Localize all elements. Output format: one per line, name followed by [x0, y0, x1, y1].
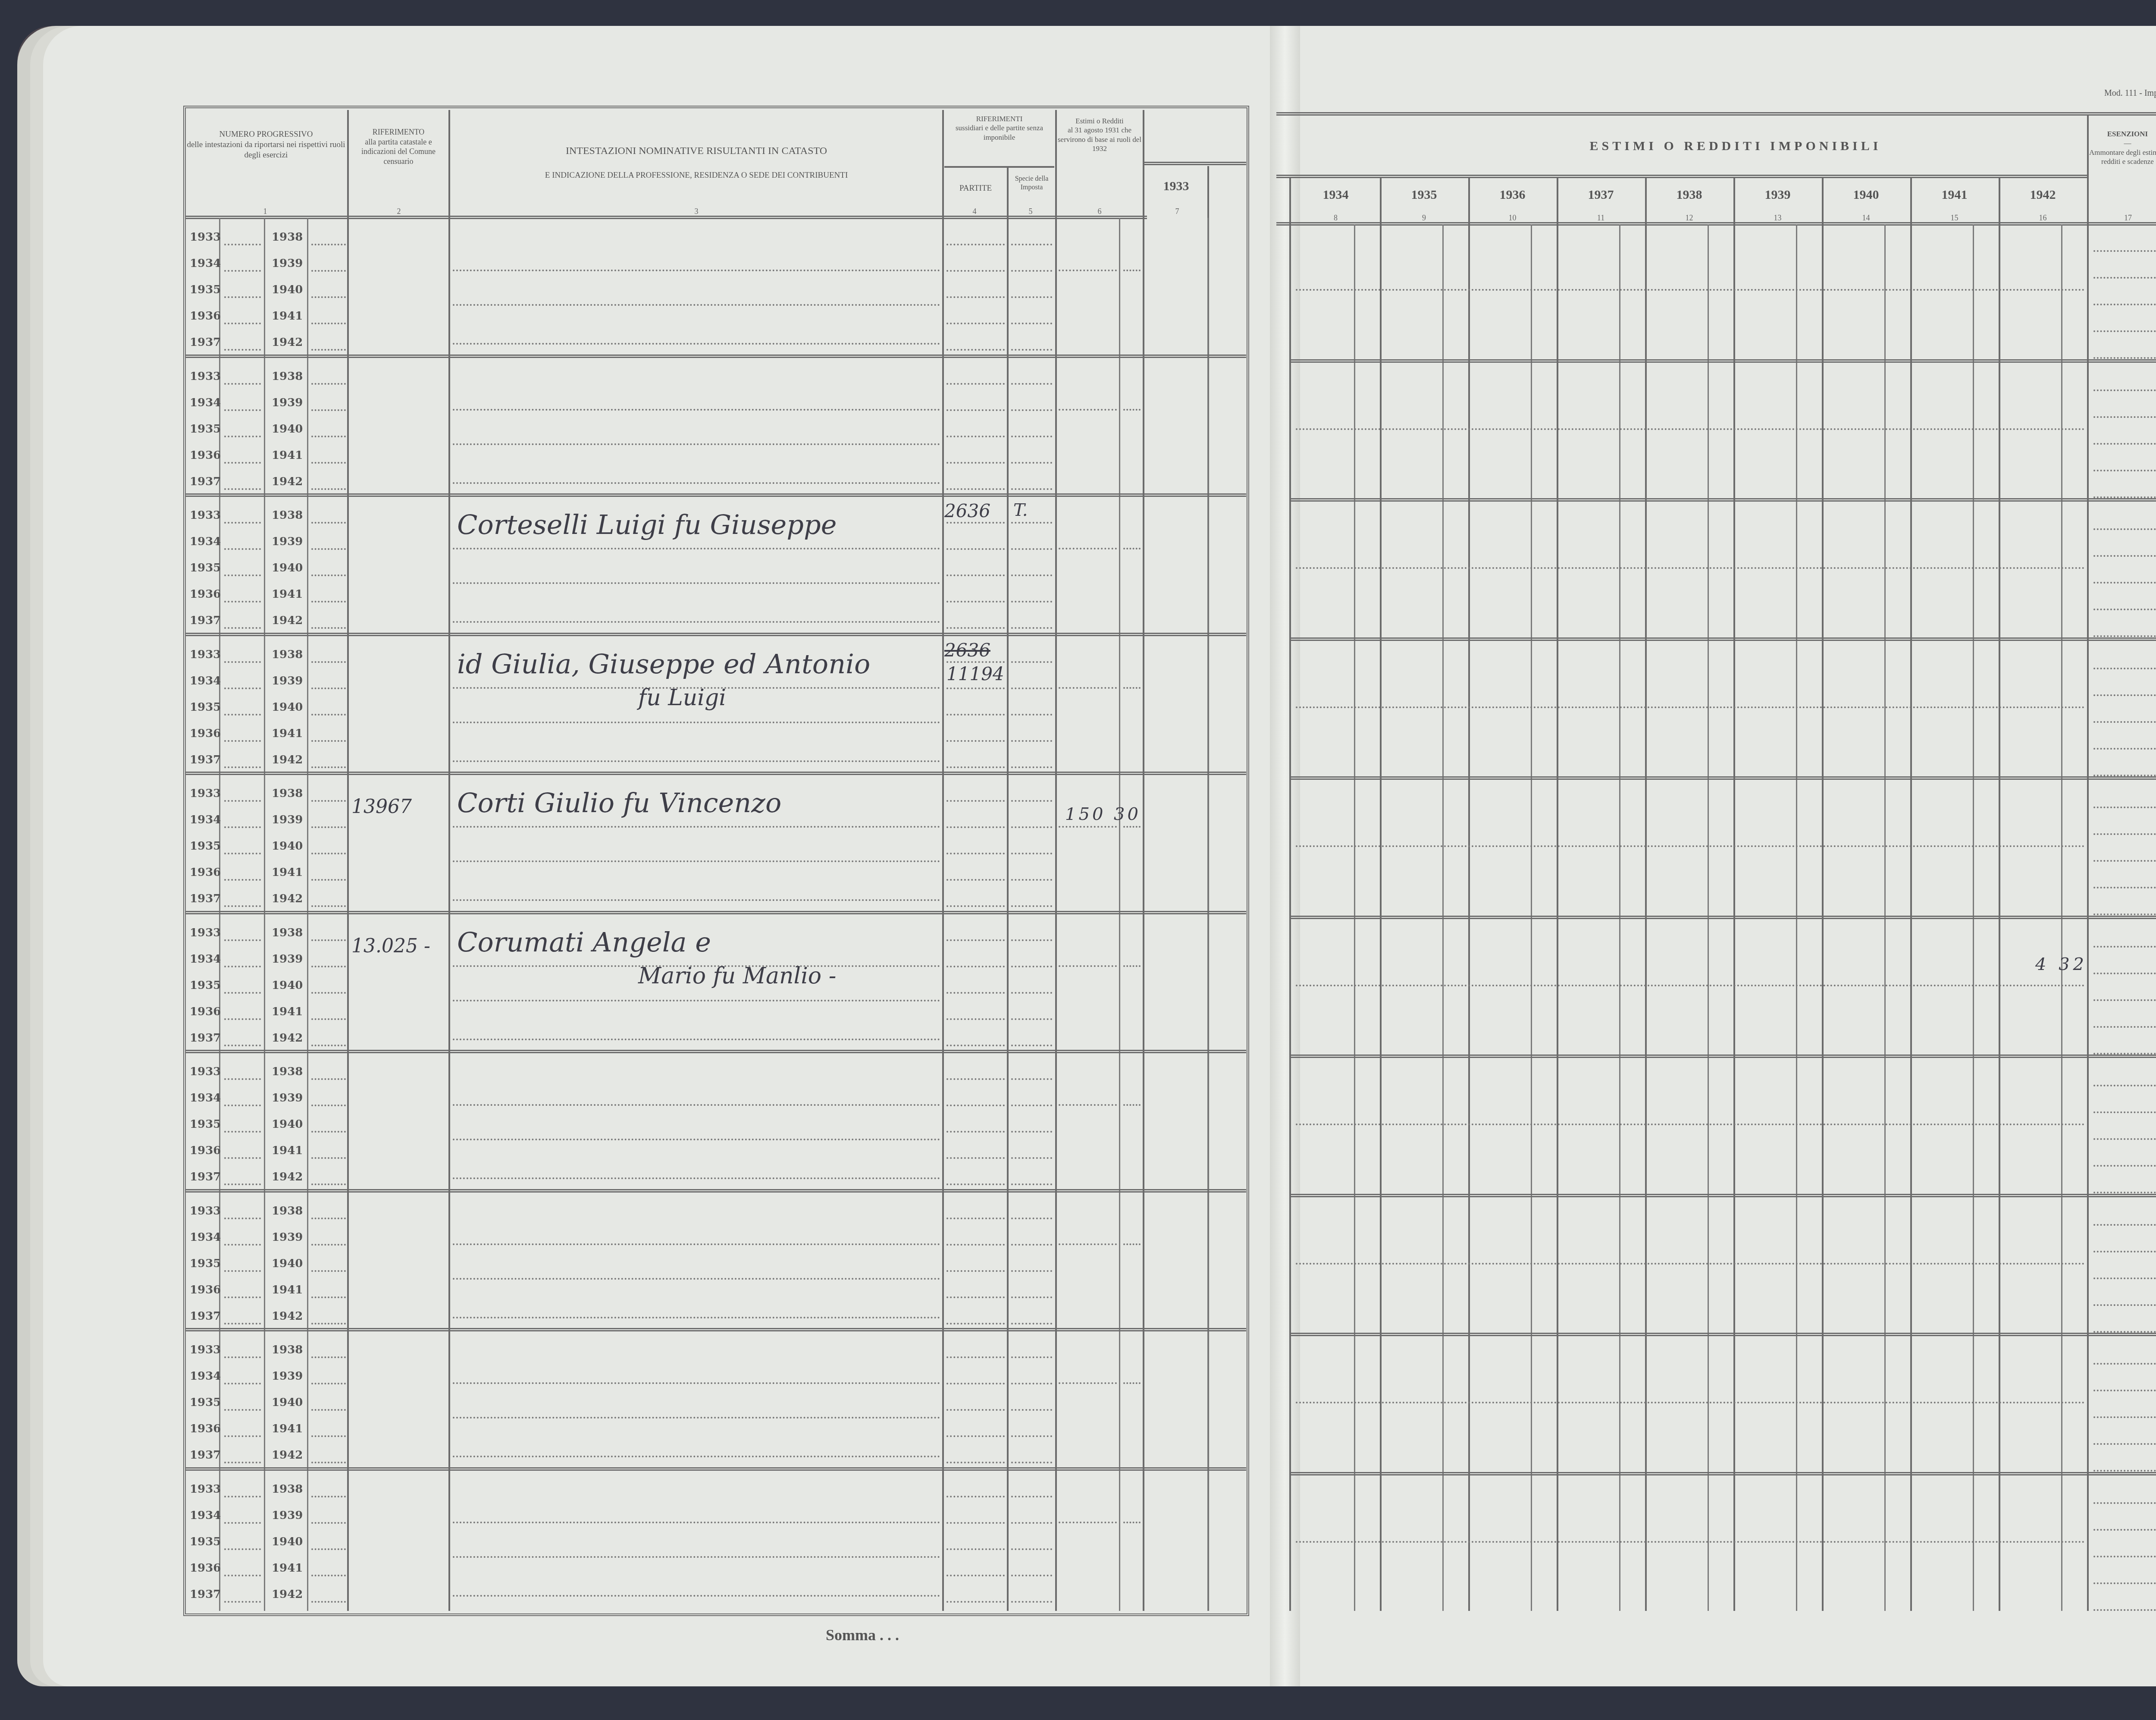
year-label: 1936 [190, 1562, 221, 1575]
year-label: 1940 [272, 979, 303, 992]
dotted-rule [1011, 826, 1052, 828]
dotted-rule [1059, 965, 1117, 967]
year-label: 1936 [190, 310, 221, 323]
entry-intestazione-line2: fu Luigi [638, 685, 726, 711]
dotted-rule [1011, 1601, 1052, 1603]
col3-title: INTESTAZIONI NOMINATIVE RISULTANTI IN CA… [453, 144, 940, 157]
dotted-rule [311, 1383, 346, 1384]
dotted-rule [453, 582, 940, 584]
dotted-rule [224, 244, 261, 245]
col45-split-rule [944, 166, 1054, 168]
dotted-rule [1011, 1018, 1052, 1020]
dotted-rule [2093, 582, 2156, 584]
dotted-rule [224, 1575, 261, 1576]
dotted-rule [224, 1018, 261, 1020]
year-label: 1937 [190, 1032, 221, 1045]
year-label: 1938 [272, 1483, 303, 1496]
year-label: 1934 [190, 535, 221, 548]
col1-number: 1 [259, 207, 272, 216]
year-label: 1936 [190, 449, 221, 462]
dotted-rule [224, 1383, 261, 1384]
dotted-rule [946, 661, 1005, 663]
dotted-rule [453, 1595, 940, 1597]
dotted-rule [946, 349, 1005, 351]
dotted-rule [1011, 1131, 1052, 1133]
dotted-rule [311, 244, 346, 245]
year-label: 1942 [272, 1449, 303, 1462]
dotted-rule [224, 905, 261, 907]
dotted-rule [1296, 567, 2085, 569]
year-header-1939: 1939 [1733, 188, 1822, 202]
dotted-rule [946, 1522, 1005, 1524]
somma-label: Somma . . . [826, 1626, 899, 1644]
dotted-rule [311, 826, 346, 828]
dotted-rule [1123, 1382, 1141, 1384]
year-label: 1942 [272, 1588, 303, 1601]
dotted-rule [1011, 714, 1052, 716]
dotted-rule [1011, 1045, 1052, 1046]
dotted-rule [224, 1045, 261, 1046]
year-col-number: 10 [1506, 213, 1519, 223]
col-divider [347, 110, 349, 1611]
dotted-rule [2093, 1416, 2156, 1418]
dotted-rule [2093, 1582, 2156, 1584]
dotted-rule [946, 1244, 1005, 1246]
year-label: 1940 [272, 562, 303, 574]
dotted-rule [2093, 635, 2156, 637]
dotted-rule [946, 992, 1005, 994]
year-label: 1937 [190, 1588, 221, 1601]
year-label: 1939 [272, 396, 303, 409]
year-label: 1941 [272, 1005, 303, 1018]
dotted-rule [224, 1601, 261, 1603]
year-label: 1938 [272, 1065, 303, 1078]
dotted-rule [224, 1218, 261, 1219]
dotted-rule [2093, 1331, 2156, 1333]
dotted-rule [2093, 1111, 2156, 1113]
dotted-rule [224, 1270, 261, 1272]
dotted-rule [224, 1323, 261, 1325]
dotted-rule [311, 409, 346, 411]
dotted-rule [224, 992, 261, 994]
entry-partite-corrected: 11194 [946, 663, 1004, 684]
dotted-rule [1011, 939, 1052, 941]
dotted-rule [311, 1409, 346, 1411]
dotted-rule [1011, 462, 1052, 464]
dotted-rule [1123, 687, 1141, 689]
year-col-number: 16 [2037, 213, 2049, 223]
dotted-rule [1059, 1243, 1117, 1245]
year-label: 1940 [272, 283, 303, 296]
dotted-rule [1011, 270, 1052, 272]
dotted-rule [2093, 470, 2156, 471]
year-header-1935: 1935 [1380, 188, 1468, 202]
col-divider [942, 110, 944, 1611]
year-label: 1936 [190, 1284, 221, 1296]
dotted-rule [1011, 1218, 1052, 1219]
book-gutter [1270, 26, 1300, 1686]
year-label: 1936 [190, 1144, 221, 1157]
dotted-rule [946, 270, 1005, 272]
col2-title: RIFERIMENTO [349, 127, 448, 137]
col-divider [1822, 177, 1824, 1611]
dotted-rule [946, 853, 1005, 854]
dotted-rule [2093, 694, 2156, 696]
col2-number: 2 [392, 207, 405, 216]
year-label: 1934 [190, 675, 221, 687]
dotted-rule [1123, 1522, 1141, 1523]
dotted-rule [224, 826, 261, 828]
dotted-rule [1011, 1435, 1052, 1437]
dotted-rule [1011, 1496, 1052, 1497]
dotted-rule [224, 1296, 261, 1298]
dotted-rule [311, 548, 346, 550]
year-label: 1941 [272, 1144, 303, 1157]
dotted-rule [1011, 1522, 1052, 1524]
col6-title: Estimi o Redditi [1057, 116, 1142, 126]
year-label: 1939 [272, 675, 303, 687]
year-label: 1936 [190, 727, 221, 740]
year-header-1941: 1941 [1910, 188, 1999, 202]
year-label: 1941 [272, 1562, 303, 1575]
dotted-rule [2093, 833, 2156, 835]
year-col-number: 12 [1683, 213, 1696, 223]
dotted-rule [224, 1131, 261, 1133]
dotted-rule [311, 349, 346, 351]
dotted-rule [1011, 574, 1052, 576]
dotted-rule [453, 1177, 940, 1179]
dotted-rule [311, 714, 346, 716]
dotted-rule [2093, 1470, 2156, 1472]
dotted-rule [224, 548, 261, 550]
year-header-1940: 1940 [1822, 188, 1910, 202]
dotted-rule [311, 1296, 346, 1298]
right-header-rule [1276, 222, 2156, 226]
dotted-rule [453, 1522, 940, 1523]
dotted-rule [946, 1462, 1005, 1463]
year-label: 1941 [272, 727, 303, 740]
dotted-rule [453, 826, 940, 828]
col3-number: 3 [690, 207, 703, 216]
dotted-rule [2093, 807, 2156, 808]
dotted-rule [1296, 428, 2085, 430]
dotted-rule [453, 1139, 940, 1140]
dotted-rule [1011, 853, 1052, 854]
col6-body: al 31 agosto 1931 che servirono di base … [1057, 126, 1142, 153]
dotted-rule [224, 879, 261, 881]
dotted-rule [1011, 522, 1052, 524]
dotted-rule [1011, 661, 1052, 663]
dotted-rule [224, 1183, 261, 1185]
dotted-rule [311, 574, 346, 576]
entry-intestazione-line2: Mario fu Manlio - [638, 963, 836, 989]
dotted-rule [1011, 992, 1052, 994]
row-separator [185, 1050, 1246, 1053]
col2-body: alla partita catastale e indicazioni del… [349, 137, 448, 166]
dotted-rule [1059, 687, 1117, 689]
dotted-rule [1296, 706, 2085, 708]
year-header-1938: 1938 [1645, 188, 1733, 202]
dotted-rule [311, 1548, 346, 1550]
dotted-rule [224, 714, 261, 716]
year-label: 1941 [272, 310, 303, 323]
dotted-rule [2093, 946, 2156, 948]
dotted-rule [453, 548, 940, 549]
year-label: 1934 [190, 396, 221, 409]
year-label: 1935 [190, 840, 221, 853]
year-label: 1939 [272, 1509, 303, 1522]
dotted-rule [311, 1496, 346, 1497]
year-label: 1937 [190, 614, 221, 627]
dotted-rule [224, 1078, 261, 1080]
dotted-rule [224, 966, 261, 967]
dotted-rule [1011, 740, 1052, 742]
year-label: 1933 [190, 370, 221, 383]
dotted-rule [311, 627, 346, 629]
year-label: 1933 [190, 1343, 221, 1356]
dotted-rule [1011, 548, 1052, 550]
dotted-rule [1011, 601, 1052, 603]
dotted-rule [946, 1601, 1005, 1603]
dotted-rule [2093, 913, 2156, 915]
entry-riferimento: 13967 [351, 796, 412, 818]
year-label: 1935 [190, 1257, 221, 1270]
col7-title: 1933 [1145, 179, 1207, 194]
dotted-rule [311, 1183, 346, 1185]
row-separator [1289, 1194, 2156, 1197]
dotted-rule [224, 270, 261, 272]
dotted-rule [1296, 1124, 2085, 1125]
form-code: Mod. 111 - Imposte Dirette (Intercalare)… [2104, 88, 2156, 98]
dotted-rule [453, 899, 940, 901]
dotted-rule [2093, 999, 2156, 1001]
year-label: 1939 [272, 257, 303, 270]
dotted-rule [311, 1435, 346, 1437]
dotted-rule [1059, 548, 1117, 549]
year-label: 1942 [272, 1032, 303, 1045]
dotted-rule [224, 1409, 261, 1411]
year-label: 1934 [190, 1509, 221, 1522]
dotted-rule [311, 1157, 346, 1159]
dotted-rule [311, 1045, 346, 1046]
dotted-rule [311, 1323, 346, 1325]
col-divider [1733, 177, 1735, 1611]
dotted-rule [2093, 1502, 2156, 1504]
year-label: 1936 [190, 866, 221, 879]
dotted-rule [224, 853, 261, 854]
dotted-rule [1123, 270, 1141, 271]
row-separator [1289, 1472, 2156, 1475]
dotted-rule [311, 1018, 346, 1020]
col5-title: Specie della Imposta [1009, 175, 1054, 192]
year-label: 1938 [272, 648, 303, 661]
dotted-rule [453, 409, 940, 411]
dotted-rule [2093, 443, 2156, 445]
dotted-rule [311, 1575, 346, 1576]
dotted-rule [1123, 826, 1141, 828]
year-label: 1942 [272, 753, 303, 766]
dotted-rule [1123, 548, 1141, 549]
year-label: 1938 [272, 926, 303, 939]
dotted-rule [224, 1244, 261, 1246]
dotted-rule [224, 1462, 261, 1463]
dotted-rule [2093, 775, 2156, 776]
col-divider [1289, 177, 1291, 1611]
dotted-rule [1123, 1243, 1141, 1245]
col-divider [1380, 177, 1382, 1611]
dotted-rule [311, 1601, 346, 1603]
dotted-rule [2093, 1529, 2156, 1531]
year-label: 1942 [272, 892, 303, 905]
dotted-rule [946, 740, 1005, 742]
esenzioni-dash: — [2089, 138, 2156, 148]
dotted-rule [453, 1278, 940, 1280]
year-label: 1939 [272, 1370, 303, 1383]
year-label: 1936 [190, 1422, 221, 1435]
dotted-rule [1296, 845, 2085, 847]
year-label: 1935 [190, 423, 221, 436]
year-label: 1935 [190, 979, 221, 992]
dotted-rule [224, 800, 261, 802]
dotted-rule [946, 879, 1005, 881]
year-label: 1935 [190, 562, 221, 574]
col-divider [1143, 110, 1144, 1611]
dotted-rule [2093, 748, 2156, 750]
dotted-rule [453, 1556, 940, 1558]
col3-body: E INDICAZIONE DELLA PROFESSIONE, RESIDEN… [453, 170, 940, 181]
dotted-rule [1123, 965, 1141, 967]
dotted-rule [453, 270, 940, 271]
col-divider [1055, 110, 1057, 1611]
year-label: 1937 [190, 753, 221, 766]
col1-title: NUMERO PROGRESSIVO [186, 129, 346, 140]
dotted-rule [1011, 1462, 1052, 1463]
year-label: 1937 [190, 1310, 221, 1323]
col1-body: delle intestazioni da riportarsi nei ris… [186, 140, 346, 160]
dotted-rule [224, 1105, 261, 1106]
year-label: 1934 [190, 1231, 221, 1244]
dotted-rule [2093, 1304, 2156, 1306]
dotted-rule [2093, 1556, 2156, 1557]
dotted-rule [224, 488, 261, 490]
year-label: 1941 [272, 449, 303, 462]
dotted-rule [311, 853, 346, 854]
dotted-rule [1011, 1270, 1052, 1272]
dotted-rule [1059, 1382, 1117, 1384]
dotted-rule [2093, 528, 2156, 530]
entry-intestazione: id Giulia, Giuseppe ed Antonio [457, 648, 870, 680]
dotted-rule [946, 462, 1005, 464]
year-label: 1933 [190, 926, 221, 939]
right-page [1285, 26, 2156, 1686]
col45-header: RIFERIMENTI sussidiari e delle partite s… [944, 114, 1054, 142]
year-label: 1938 [272, 370, 303, 383]
year-label: 1934 [190, 1370, 221, 1383]
dotted-rule [1059, 826, 1117, 828]
dotted-rule [2093, 277, 2156, 279]
dotted-rule [1011, 1409, 1052, 1411]
row-separator [1289, 916, 2156, 919]
year-label: 1942 [272, 614, 303, 627]
dotted-rule [311, 522, 346, 524]
dotted-rule [946, 1575, 1005, 1576]
dotted-rule [2093, 1224, 2156, 1226]
dotted-rule [946, 574, 1005, 576]
dotted-rule [311, 436, 346, 437]
year-header-1942: 1942 [1999, 188, 2087, 202]
dotted-rule [1296, 1263, 2085, 1265]
year-label: 1933 [190, 231, 221, 244]
dotted-rule [453, 1456, 940, 1457]
dotted-rule [311, 270, 346, 272]
year-label: 1940 [272, 1535, 303, 1548]
dotted-rule [311, 661, 346, 663]
year-label: 1940 [272, 840, 303, 853]
year-label: 1938 [272, 509, 303, 522]
dotted-rule [311, 488, 346, 490]
dotted-rule [1123, 409, 1141, 411]
year-label: 1936 [190, 1005, 221, 1018]
col5-number: 5 [1024, 207, 1037, 216]
dotted-rule [1011, 409, 1052, 411]
year-label: 1940 [272, 701, 303, 714]
row-separator [1289, 359, 2156, 363]
dotted-rule [1011, 1548, 1052, 1550]
dotted-rule [453, 1417, 940, 1419]
entry-partite: 2636 [944, 500, 990, 521]
col-divider [2087, 114, 2089, 1611]
entry-partite: 2636 [944, 640, 990, 661]
dotted-rule [946, 1218, 1005, 1219]
year-col-number: 15 [1948, 213, 1961, 223]
entry-intestazione: Corumati Angela e [457, 926, 711, 958]
esenzioni-header: ESENZIONI — Ammontare degli estimi o red… [2089, 129, 2156, 166]
dotted-rule [224, 661, 261, 663]
dotted-rule [311, 879, 346, 881]
year-label: 1933 [190, 1205, 221, 1218]
dotted-rule [453, 1317, 940, 1318]
year-label: 1939 [272, 953, 303, 966]
dotted-rule [1011, 323, 1052, 324]
header-rule [185, 216, 1147, 219]
dotted-rule [224, 740, 261, 742]
col-divider [1910, 177, 1912, 1611]
dotted-rule [946, 687, 1005, 689]
dotted-rule [1296, 289, 2085, 291]
dotted-rule [453, 1104, 940, 1106]
year-label: 1940 [272, 423, 303, 436]
dotted-rule [1011, 687, 1052, 689]
col17-number: 17 [2122, 213, 2134, 223]
col-divider [1007, 166, 1009, 1611]
dotted-rule [453, 343, 940, 345]
dotted-rule [2093, 1053, 2156, 1055]
year-label: 1933 [190, 1065, 221, 1078]
dotted-rule [946, 1078, 1005, 1080]
dotted-rule [946, 966, 1005, 967]
dotted-rule [224, 383, 261, 385]
dotted-rule [1059, 270, 1117, 271]
row-separator [185, 1467, 1246, 1471]
year-header-1934: 1934 [1291, 188, 1380, 202]
dotted-rule [946, 601, 1005, 603]
dotted-rule [224, 1522, 261, 1524]
year-label: 1939 [272, 813, 303, 826]
dotted-rule [1011, 488, 1052, 490]
col45-body: sussidiari e delle partite senza imponib… [944, 123, 1054, 142]
dotted-rule [2093, 304, 2156, 305]
dotted-rule [1011, 1296, 1052, 1298]
